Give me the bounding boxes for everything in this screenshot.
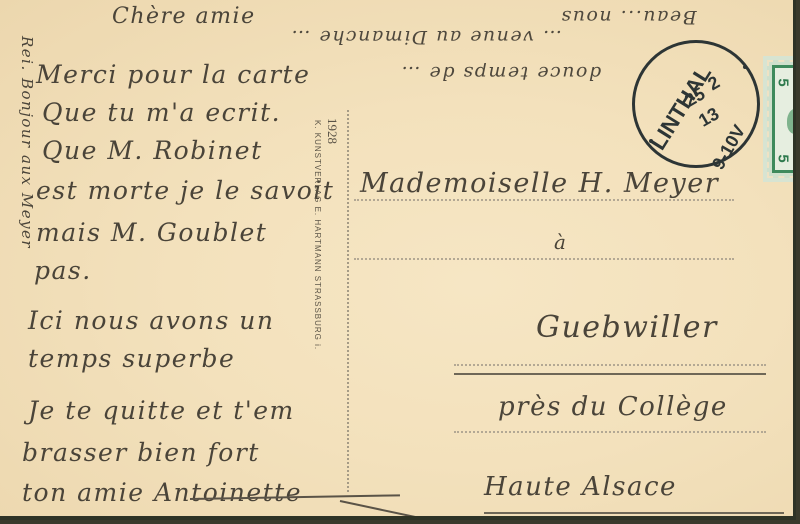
- message-line: temps superbe: [28, 344, 235, 373]
- address-line-1: [354, 199, 734, 201]
- signature-flourish: [340, 500, 448, 520]
- address-line-3: [454, 364, 766, 366]
- message-line: Je te quitte et t'em: [28, 396, 295, 425]
- stamp-value-top: 5: [775, 78, 792, 86]
- margin-note: Rei. Bonjour aux Meyer: [18, 36, 36, 249]
- message-line: brasser bien fort: [22, 438, 260, 467]
- message-line: Ici nous avons un: [28, 306, 275, 335]
- address-region: Haute Alsace: [484, 472, 677, 502]
- message-line: Merci pour la carte: [36, 60, 310, 89]
- address-line-4: [454, 431, 766, 433]
- center-divider: [347, 110, 349, 492]
- postmark: LINTHAL 25 2 13 9-10V: [632, 40, 760, 168]
- stamp-value-bottom: 5: [775, 154, 792, 162]
- postmark-dot: [743, 65, 747, 69]
- signature-line: ton amie Antoinette: [22, 478, 302, 507]
- message-line: pas.: [34, 256, 92, 285]
- message-line: Que M. Robinet: [42, 136, 263, 165]
- postcard-back: Chère amie Beau... nous … venue au Diman…: [0, 0, 796, 520]
- eagle-emblem-icon: [787, 108, 796, 134]
- upside-down-line-1: Beau... nous: [560, 6, 697, 28]
- postmark-dot: [649, 139, 653, 143]
- address-street: près du Collège: [498, 392, 728, 422]
- postmark-time: 9-10V: [708, 121, 750, 173]
- greeting: Chère amie: [112, 4, 256, 29]
- addressee-name: Mademoiselle H. Meyer: [360, 168, 719, 199]
- address-underline: [484, 512, 784, 514]
- publisher-imprint: K. KUNSTVERLAG E. HARTMANN STRASSBURG i.: [313, 120, 322, 350]
- stamp-frame: 5 5: [772, 65, 796, 173]
- message-line: Que tu m'a ecrit.: [42, 98, 281, 127]
- card-number: 1928: [324, 118, 340, 144]
- address-city: Guebwiller: [536, 310, 718, 345]
- upside-down-line-2: … venue au Dimanche …: [290, 26, 562, 48]
- address-underline: [454, 373, 766, 375]
- address-preposition: à: [554, 230, 567, 254]
- postmark-month: 2: [704, 72, 723, 95]
- upside-down-line-3: douce temps de …: [400, 62, 601, 84]
- message-line: est morte je le savoit: [36, 176, 334, 205]
- postage-stamp: 5 5: [767, 60, 796, 178]
- message-line: mais M. Goublet: [36, 218, 267, 247]
- postmark-year: 13: [695, 103, 723, 131]
- address-line-2: [354, 258, 734, 260]
